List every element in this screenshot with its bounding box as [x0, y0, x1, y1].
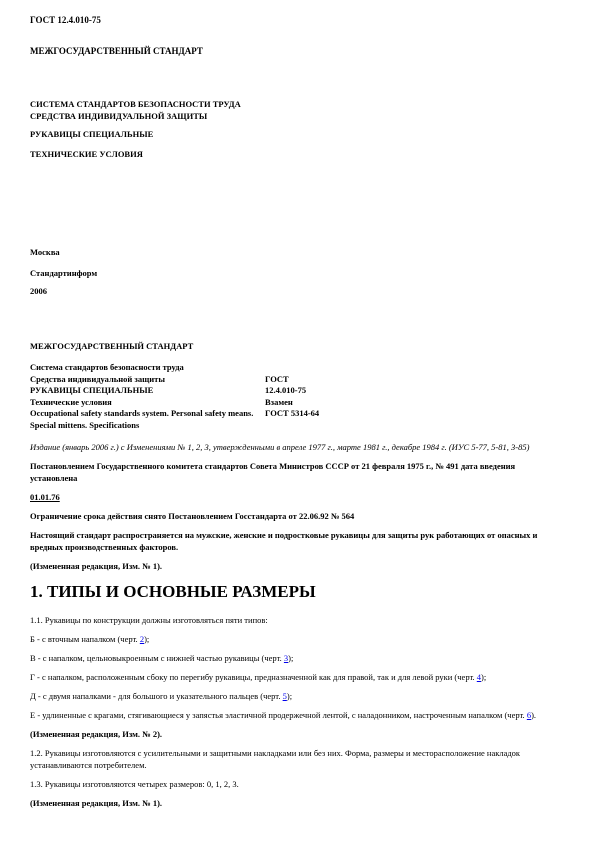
section-heading: 1. ТИПЫ И ОСНОВНЫЕ РАЗМЕРЫ [30, 582, 563, 601]
doc-number: ГОСТ 12.4.010-75 [30, 14, 563, 26]
designation-right-line: Взамен [265, 397, 319, 409]
type-item-e: Е - удлиненные с крагами, стягивающиеся … [30, 709, 563, 721]
subject-title: РУКАВИЦЫ СПЕЦИАЛЬНЫЕ [30, 128, 563, 140]
designation-right-line: ГОСТ 5314-64 [265, 408, 319, 420]
designation-left-line: Технические условия [30, 397, 270, 409]
amendment-note: (Измененная редакция, Изм. № 1). [30, 560, 563, 572]
effective-date: 01.01.76 [30, 491, 563, 503]
amendment-note: (Измененная редакция, Изм. № 1). [30, 797, 563, 809]
scope-paragraph: Настоящий стандарт распространяется на м… [30, 529, 563, 553]
designation-table: Система стандартов безопасности труда Ср… [30, 362, 563, 434]
type-item-text: Д - с двумя напалками - для большого и у… [30, 691, 283, 701]
imprint-publisher: Стандартинформ [30, 267, 563, 279]
type-item-g: Г - с напалком, расположенным сбоку по п… [30, 671, 563, 683]
title-block: СИСТЕМА СТАНДАРТОВ БЕЗОПАСНОСТИ ТРУДА СР… [30, 98, 563, 122]
designation-left-line: РУКАВИЦЫ СПЕЦИАЛЬНЫЕ [30, 385, 270, 397]
type-item-v: В - с напалком, цельновыкроенным с нижне… [30, 652, 563, 664]
decree-paragraph: Постановлением Государственного комитета… [30, 460, 563, 484]
designation-left-line: Система стандартов безопасности труда [30, 362, 270, 374]
limitation-paragraph: Ограничение срока действия снято Постано… [30, 510, 563, 522]
imprint-year: 2006 [30, 285, 563, 297]
type-item-text: Б - с вточным напалком (черт. [30, 634, 140, 644]
type-item-text: ); [481, 672, 486, 682]
standard-type-label: МЕЖГОСУДАРСТВЕННЫЙ СТАНДАРТ [30, 45, 563, 57]
system-title-line1: СИСТЕМА СТАНДАРТОВ БЕЗОПАСНОСТИ ТРУДА [30, 98, 563, 110]
designation-left-line: Средства индивидуальной защиты [30, 374, 270, 386]
type-item-text: ); [288, 653, 293, 663]
paragraph-1-2: 1.2. Рукавицы изготовляются с усилительн… [30, 747, 563, 771]
amendment-note: (Измененная редакция, Изм. № 2). [30, 728, 563, 740]
edition-note: Издание (январь 2006 г.) с Изменениями №… [30, 441, 563, 453]
type-item-text: ); [144, 634, 149, 644]
type-item-b: Б - с вточным напалком (черт. 2); [30, 633, 563, 645]
imprint-city: Москва [30, 246, 563, 258]
paragraph-1-3: 1.3. Рукавицы изготовляются четырех разм… [30, 778, 563, 790]
designation-left-line: Occupational safety standards system. Pe… [30, 408, 270, 420]
designation-left-line: Special mittens. Specifications [30, 420, 270, 432]
type-item-text: В - с напалком, цельновыкроенным с нижне… [30, 653, 284, 663]
designation-right-column: ГОСТ 12.4.010-75 Взамен ГОСТ 5314-64 [265, 374, 319, 420]
system-title-line2: СРЕДСТВА ИНДИВИДУАЛЬНОЙ ЗАЩИТЫ [30, 110, 563, 122]
type-item-text: ). [531, 710, 536, 720]
designation-right-line: 12.4.010-75 [265, 385, 319, 397]
type-item-text: Е - удлиненные с крагами, стягивающиеся … [30, 710, 527, 720]
paragraph-1-1: 1.1. Рукавицы по конструкции должны изго… [30, 614, 563, 626]
designation-right-line: ГОСТ [265, 374, 319, 386]
doc-kind-title: ТЕХНИЧЕСКИЕ УСЛОВИЯ [30, 148, 563, 160]
effective-date-value: 01.01.76 [30, 492, 60, 502]
type-item-text: Г - с напалком, расположенным сбоку по п… [30, 672, 477, 682]
type-item-d: Д - с двумя напалками - для большого и у… [30, 690, 563, 702]
document-page: ГОСТ 12.4.010-75 МЕЖГОСУДАРСТВЕННЫЙ СТАН… [0, 0, 595, 842]
standard-type-label-2: МЕЖГОСУДАРСТВЕННЫЙ СТАНДАРТ [30, 340, 563, 352]
designation-left-column: Система стандартов безопасности труда Ср… [30, 362, 270, 431]
type-item-text: ); [287, 691, 292, 701]
